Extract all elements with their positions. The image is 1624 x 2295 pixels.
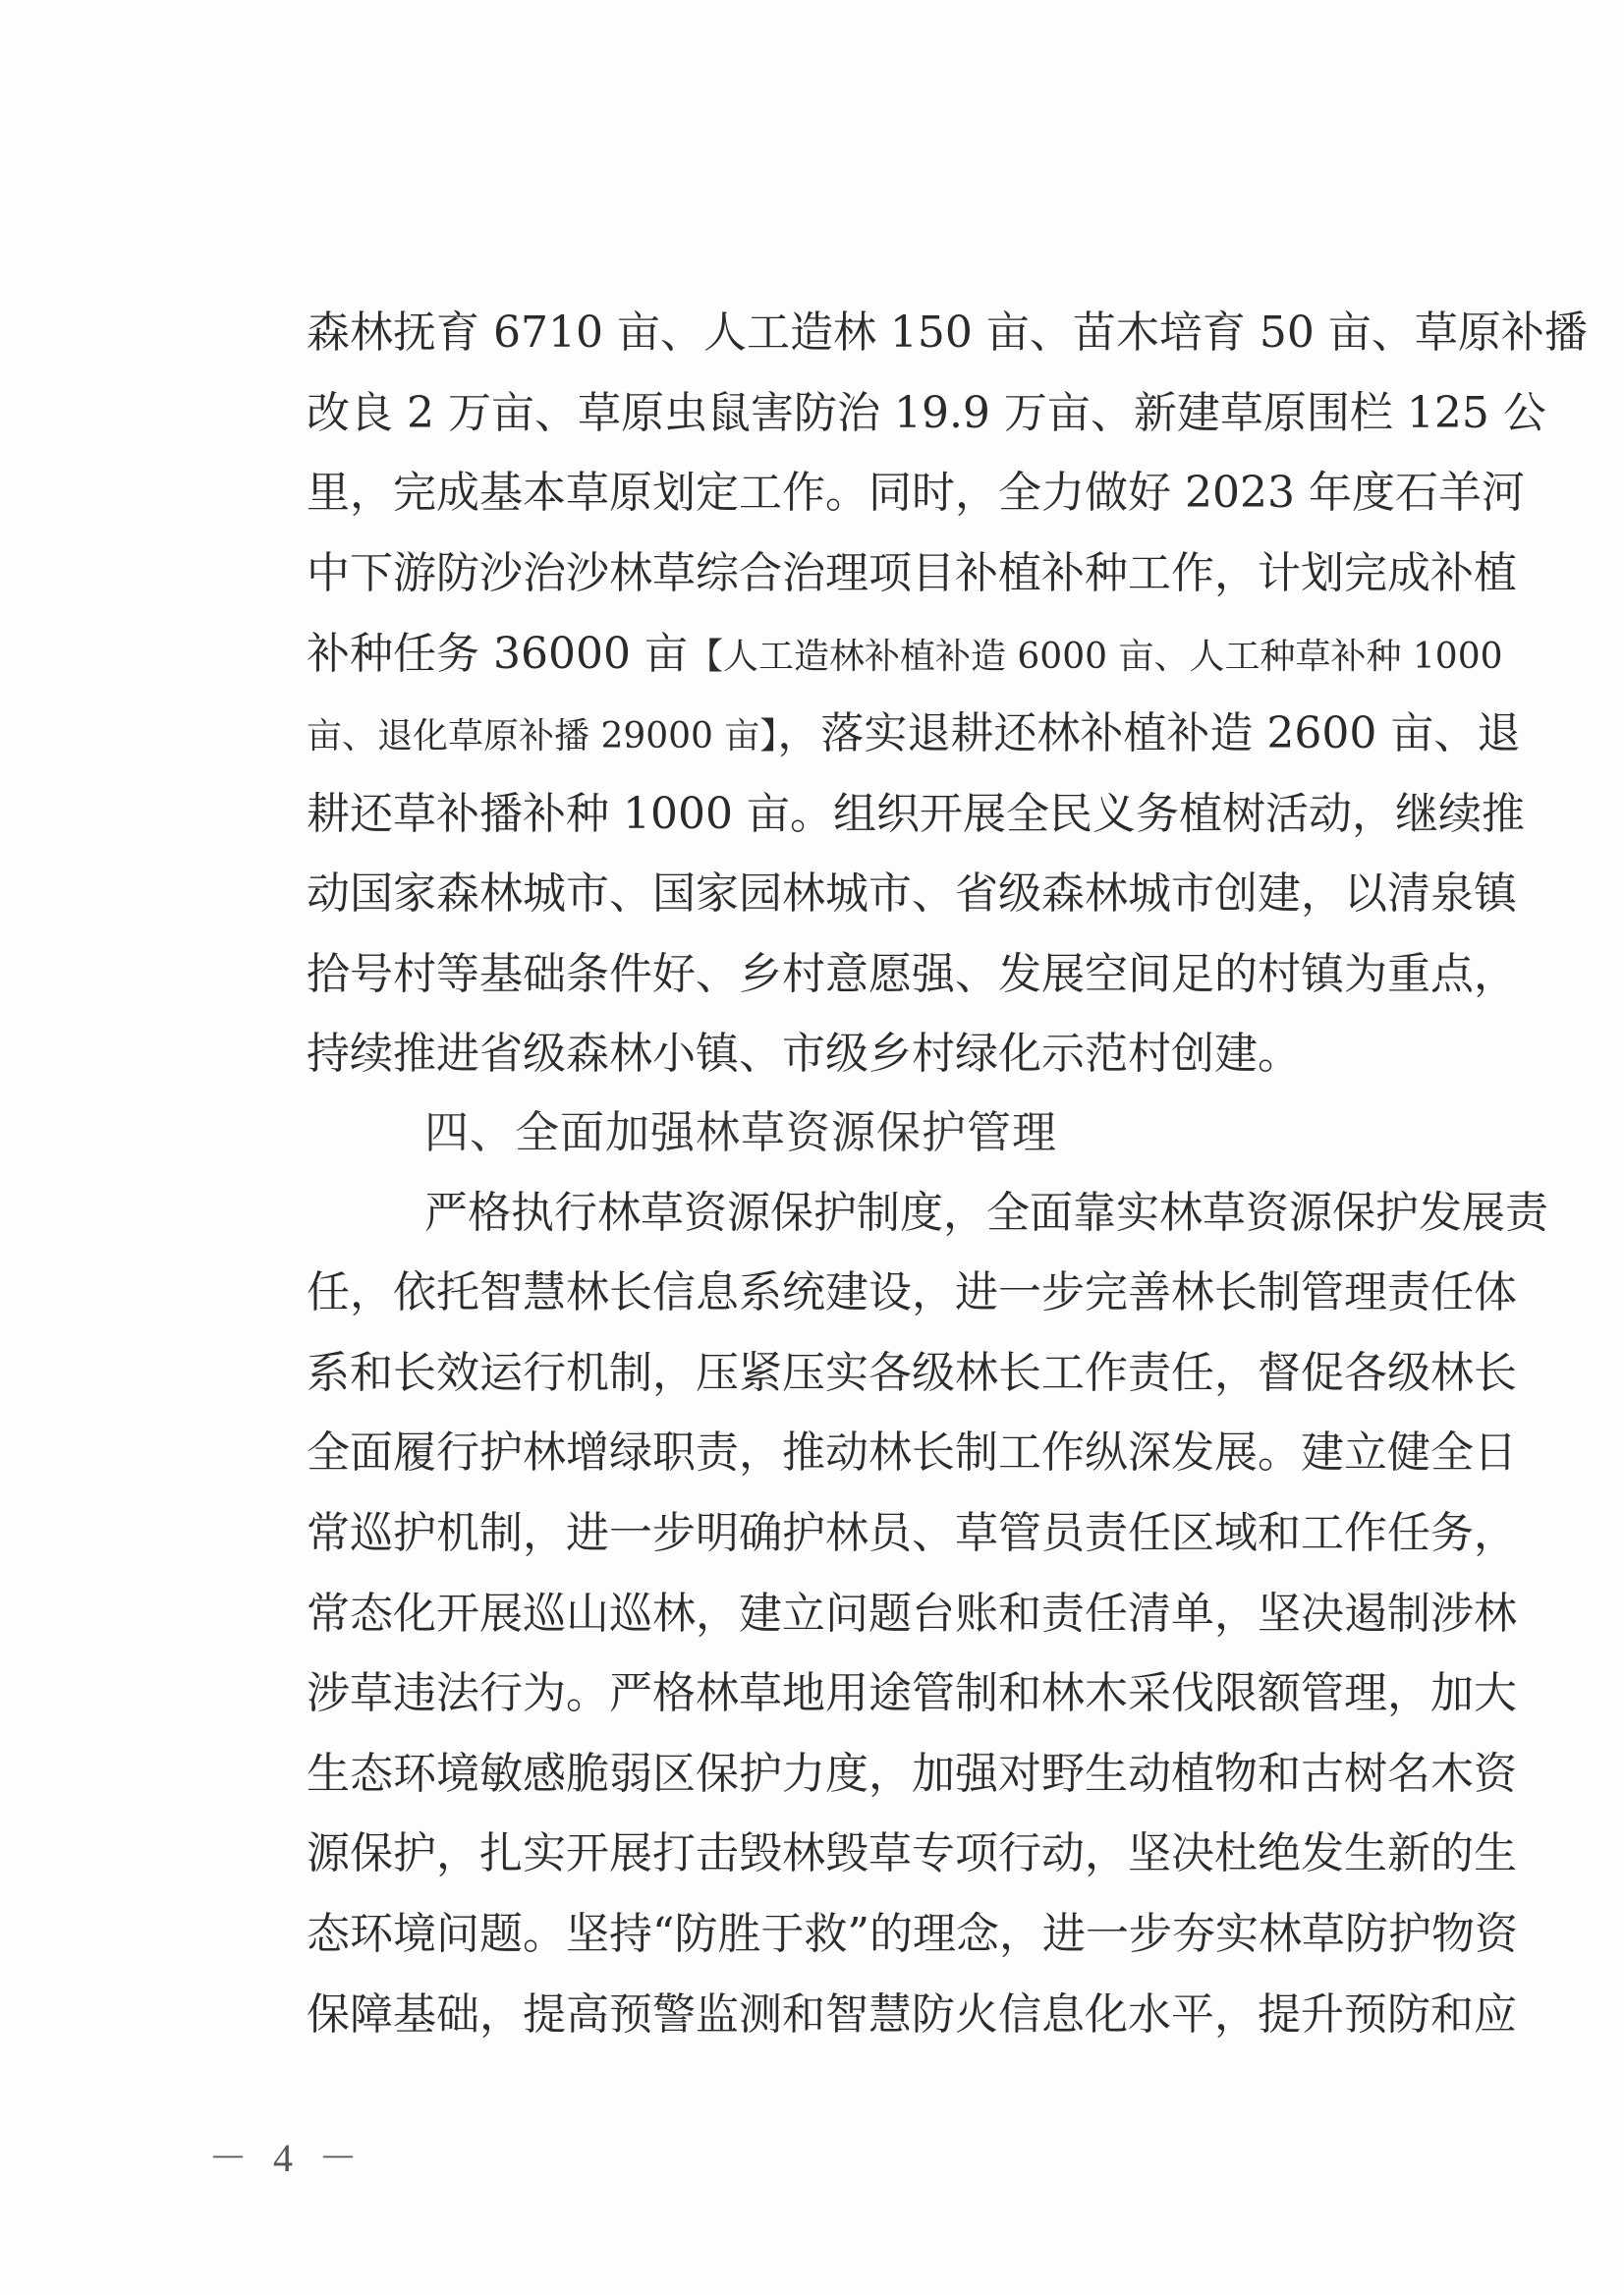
body-line: 态环境问题。坚持“防胜于救”的理念，进一步夯实林草防护物资 [307,1894,1417,1974]
body-line: 常态化开展巡山巡林，建立问题台账和责任清单，坚决遏制涉林 [307,1574,1417,1653]
body-line: 涉草违法行为。严格林草地用途管制和林木采伐限额管理，加大 [307,1653,1417,1733]
body-line: 持续推进省级森林小镇、市级乡村绿化示范村创建。 [307,1014,1417,1093]
page-number: － 4 － [208,2127,365,2183]
body-line: 耕还草补播补种 1000 亩。组织开展全民义务植树活动，继续推 [307,774,1417,854]
bracket-note: 【人工造林补植补造 6000 亩、人工种草补种 1000 [688,637,1503,677]
body-line: 改良 2 万亩、草原虫鼠害防治 19.9 万亩、新建草原围栏 125 公 [307,373,1417,453]
body-line: 补种任务 36000 亩【人工造林补植补造 6000 亩、人工种草补种 1000 [307,614,1417,694]
bracket-note: 亩、退化草原补播 29000 亩】 [307,716,777,756]
document-page: 森林抚育 6710 亩、人工造林 150 亩、苗木培育 50 亩、草原补播 改良… [0,0,1624,2295]
body-line: 系和长效运行机制，压紧压实各级林长工作责任，督促各级林长 [307,1333,1417,1413]
body-line: 生态环境敏感脆弱区保护力度，加强对野生动植物和古树名木资 [307,1734,1417,1814]
body-line: 任，依托智慧林长信息系统建设，进一步完善林长制管理责任体 [307,1253,1417,1332]
body-line: 森林抚育 6710 亩、人工造林 150 亩、苗木培育 50 亩、草原补播 [307,293,1417,372]
body-text: ，落实退耕还林补植补造 2600 亩、退 [777,708,1520,758]
section-heading: 四、全面加强林草资源保护管理 [424,1092,1057,1172]
body-line: 拾号村等基础条件好、乡村意愿强、发展空间足的村镇为重点， [307,934,1417,1014]
body-line: 保障基础，提高预警监测和智慧防火信息化水平，提升预防和应 [307,1975,1417,2054]
body-line: 里，完成基本草原划定工作。同时，全力做好 2023 年度石羊河 [307,453,1417,532]
body-line: 严格执行林草资源保护制度，全面靠实林草资源保护发展责 [424,1173,1417,1253]
body-line: 源保护，扎实开展打击毁林毁草专项行动，坚决杜绝发生新的生 [307,1814,1417,1893]
body-line: 常巡护机制，进一步明确护林员、草管员责任区域和工作任务， [307,1493,1417,1573]
body-text: 补种任务 36000 亩 [307,629,688,679]
body-line: 动国家森林城市、国家园林城市、省级森林城市创建，以清泉镇 [307,854,1417,933]
body-line: 中下游防沙治沙林草综合治理项目补植补种工作，计划完成补植 [307,533,1417,613]
body-line: 亩、退化草原补播 29000 亩】，落实退耕还林补植补造 2600 亩、退 [307,694,1417,773]
body-line: 全面履行护林增绿职责，推动林长制工作纵深发展。建立健全日 [307,1413,1417,1492]
